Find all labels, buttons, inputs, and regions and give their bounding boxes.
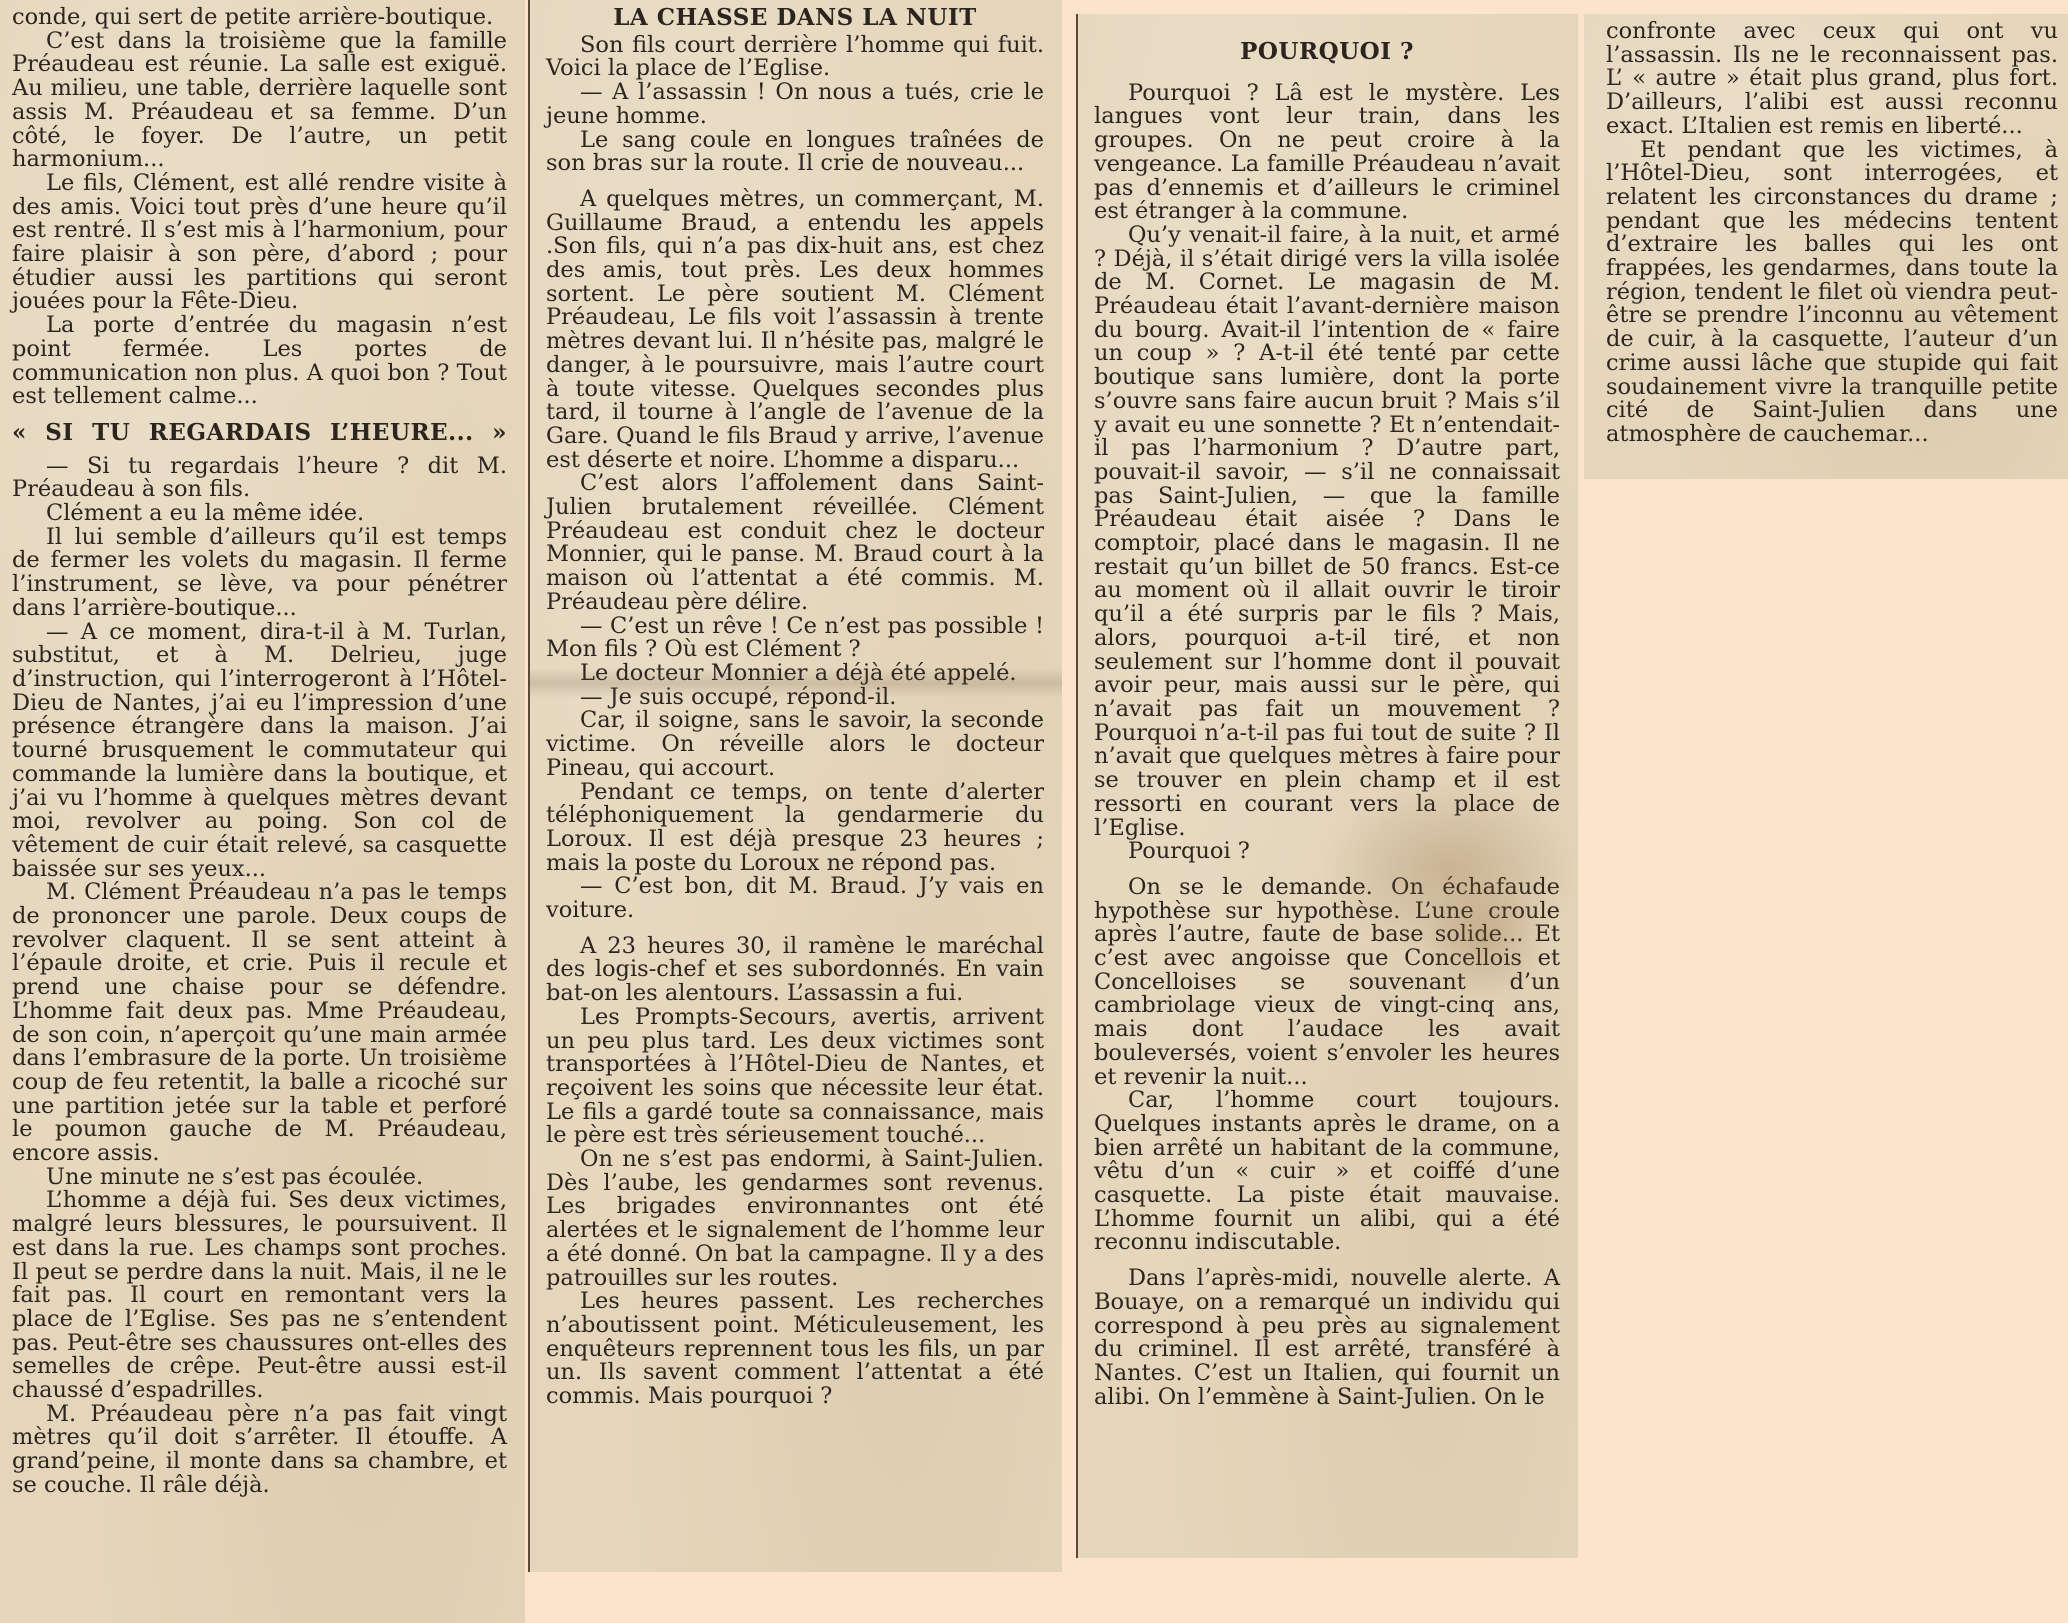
article-paragraph: Les heures passent. Les recherches n’abo… — [546, 1290, 1044, 1409]
article-column-2: LA CHASSE DANS LA NUITSon fils court der… — [528, 0, 1062, 1572]
article-paragraph: conde, qui sert de petite arrière-boutiq… — [12, 6, 507, 30]
article-paragraph: Pendant ce temps, on tente d’alerter tél… — [546, 781, 1044, 876]
article-paragraph: Une minute ne s’est pas écoulée. — [12, 1166, 507, 1190]
article-paragraph: Les Prompts-Secours, avertis, arrivent u… — [546, 1006, 1044, 1148]
article-paragraph: — Je suis occupé, répond-il. — [546, 686, 1044, 710]
article-paragraph: Le docteur Monnier a déjà été appelé. — [546, 662, 1044, 686]
article-paragraph: Son fils court derrière l’homme qui fuit… — [546, 34, 1044, 81]
article-paragraph: — Si tu regardais l’heure ? dit M. Préau… — [12, 455, 507, 502]
section-heading: POURQUOI ? — [1094, 40, 1560, 64]
article-paragraph: Pourquoi ? Lâ est le mystère. Les langue… — [1094, 82, 1560, 224]
article-paragraph: — C’est un rêve ! Ce n’est pas possible … — [546, 615, 1044, 662]
article-paragraph: A quelques mètres, un commerçant, M. Gui… — [546, 188, 1044, 472]
article-paragraph: Pourquoi ? — [1094, 840, 1560, 864]
article-paragraph: M. Clément Préaudeau n’a pas le temps de… — [12, 881, 507, 1165]
article-paragraph: M. Préaudeau père n’a pas fait vingt mèt… — [12, 1403, 507, 1498]
article-paragraph: — C’est bon, dit M. Braud. J’y vais en v… — [546, 875, 1044, 922]
article-paragraph: On ne s’est pas endormi, à Saint-Julien.… — [546, 1148, 1044, 1290]
article-paragraph: Car, l’homme court toujours. Quelques in… — [1094, 1089, 1560, 1255]
article-paragraph: Car, il soigne, sans le savoir, la secon… — [546, 709, 1044, 780]
article-column-4: confronte avec ceux qui ont vu l’assassi… — [1584, 14, 2068, 479]
article-paragraph: La porte d’entrée du magasin n’est point… — [12, 314, 507, 409]
article-paragraph: — A l’assassin ! On nous a tués, crie le… — [546, 81, 1044, 128]
article-column-3: POURQUOI ?Pourquoi ? Lâ est le mystère. … — [1076, 14, 1578, 1558]
article-paragraph: L’homme a déjà fui. Ses deux victimes, m… — [12, 1189, 507, 1402]
section-heading: « SI TU REGARDAIS L’HEURE... » — [12, 421, 507, 445]
article-column-1: conde, qui sert de petite arrière-boutiq… — [0, 0, 525, 1623]
article-paragraph: Il lui semble d’ailleurs qu’il est temps… — [12, 526, 507, 621]
article-paragraph: confronte avec ceux qui ont vu l’assassi… — [1606, 20, 2058, 139]
article-paragraph: Le fils, Clément, est allé rendre visite… — [12, 172, 507, 314]
section-heading: LA CHASSE DANS LA NUIT — [546, 6, 1044, 30]
article-paragraph: — A ce moment, dira-t-il à M. Turlan, su… — [12, 621, 507, 882]
article-paragraph: Dans l’après-midi, nouvelle alerte. A Bo… — [1094, 1267, 1560, 1409]
article-paragraph: Le sang coule en longues traînées de son… — [546, 129, 1044, 176]
article-paragraph: C’est alors l’affolement dans Saint-Juli… — [546, 472, 1044, 614]
article-paragraph: Et pendant que les victimes, à l’Hôtel-D… — [1606, 139, 2058, 447]
article-paragraph: On se le demande. On échafaude hypothèse… — [1094, 876, 1560, 1089]
article-paragraph: C’est dans la troisième que la famille P… — [12, 30, 507, 172]
article-paragraph: Qu’y venait-il faire, à la nuit, et armé… — [1094, 224, 1560, 840]
article-paragraph: A 23 heures 30, il ramène le maréchal de… — [546, 935, 1044, 1006]
article-paragraph: Clément a eu la même idée. — [12, 502, 507, 526]
